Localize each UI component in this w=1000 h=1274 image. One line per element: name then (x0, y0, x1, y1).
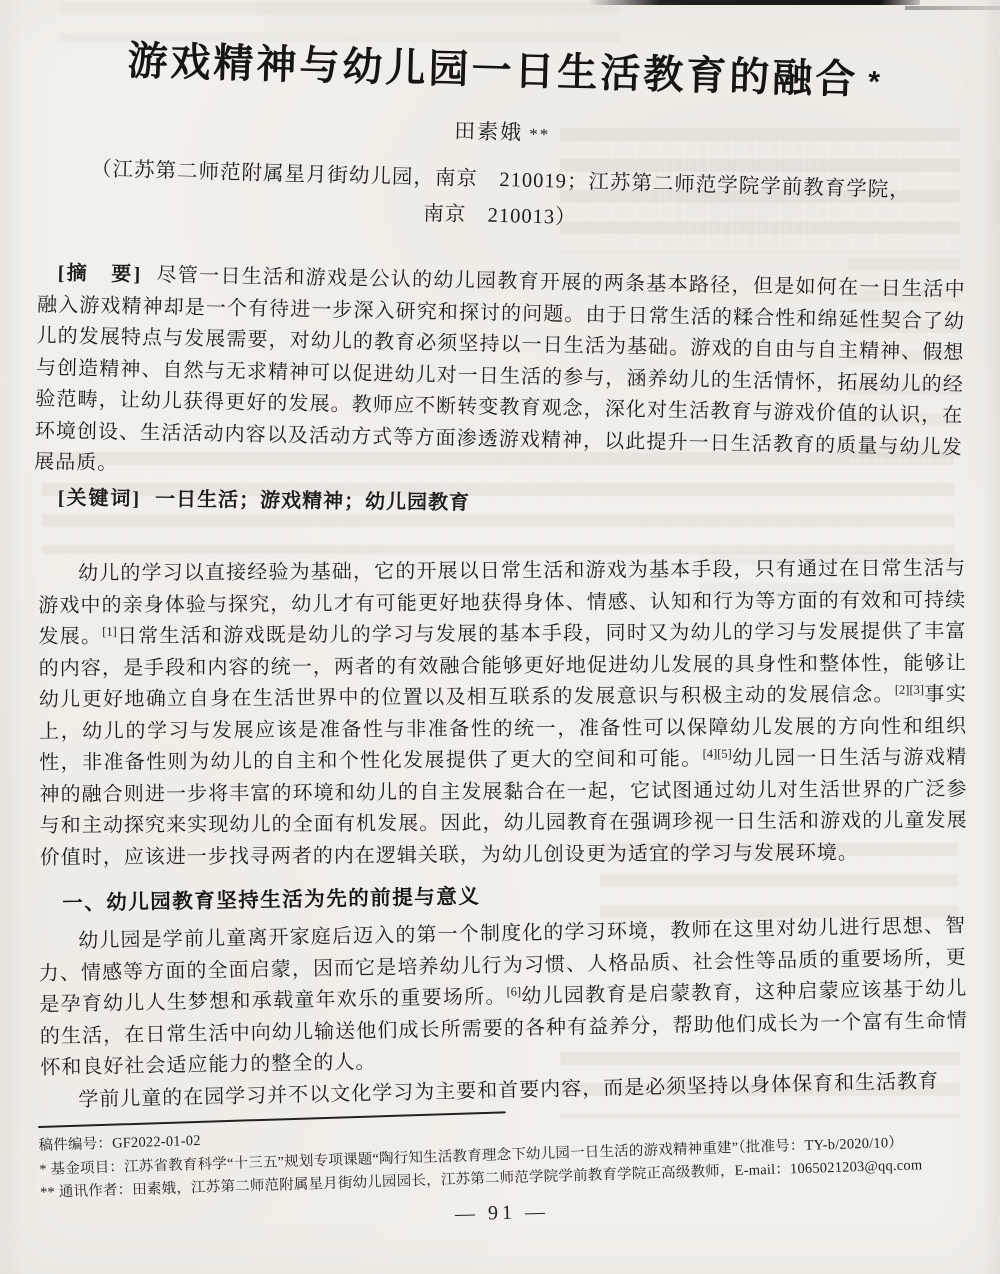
text-segment: 日常生活和游戏既是幼儿的学习与发展的基本手段，同时又为幼儿的学习与发展提供了丰富… (39, 620, 967, 711)
citation-marker: [2][3] (895, 683, 924, 697)
paper-header: 游戏精神与幼儿园一日生活教育的融合* 田素娥** （江苏第二师范附属星月街幼儿园… (36, 30, 969, 246)
abstract-label: [摘 要] (58, 262, 143, 286)
abstract-text: 尽管一日生活和游戏是公认的幼儿园教育开展的两条基本路径，但是如何在一日生活中融入… (34, 264, 966, 474)
author-name: 田素娥 (454, 119, 524, 145)
citation-marker: [1] (102, 625, 117, 639)
author-footnote-marker: ** (529, 125, 550, 145)
paper-title: 游戏精神与幼儿园一日生活教育的融合* (39, 30, 968, 114)
scan-artifact-bar (588, 0, 920, 5)
title-footnote-marker: * (868, 66, 881, 99)
keywords-label: [关键词] (58, 487, 142, 510)
body-paragraph-2: 幼儿园是学前儿童离开家庭后迈入的第一个制度化的学习环境，教师在这里对幼儿进行思想… (38, 911, 969, 1085)
scanned-page: 游戏精神与幼儿园一日生活教育的融合* 田素娥** （江苏第二师范附属星月街幼儿园… (0, 0, 1000, 1274)
paper-title-text: 游戏精神与幼儿园一日生活教育的融合 (127, 39, 859, 102)
citation-marker: [6] (506, 985, 521, 999)
abstract-block: [摘 要]尽管一日生活和游戏是公认的幼儿园教育开展的两条基本路径，但是如何在一日… (34, 258, 966, 495)
citation-marker: [4][5] (703, 747, 732, 761)
section-heading-1: 一、幼儿园教育坚持生活为先的前提与意义 (62, 871, 966, 916)
affiliation: （江苏第二师范附属星月街幼儿园，南京 210019；江苏第二师范学院学前教育学院… (36, 150, 966, 246)
keywords-text: 一日生活；游戏精神；幼儿园教育 (155, 488, 470, 514)
scan-artifact-bar-tail (905, 6, 1000, 10)
body-paragraph-1: 幼儿的学习以直接经验为基础，它的开展以日常生活和游戏为基本手段，只有通过在日常生… (38, 553, 968, 874)
author-line: 田素娥** (38, 104, 966, 158)
